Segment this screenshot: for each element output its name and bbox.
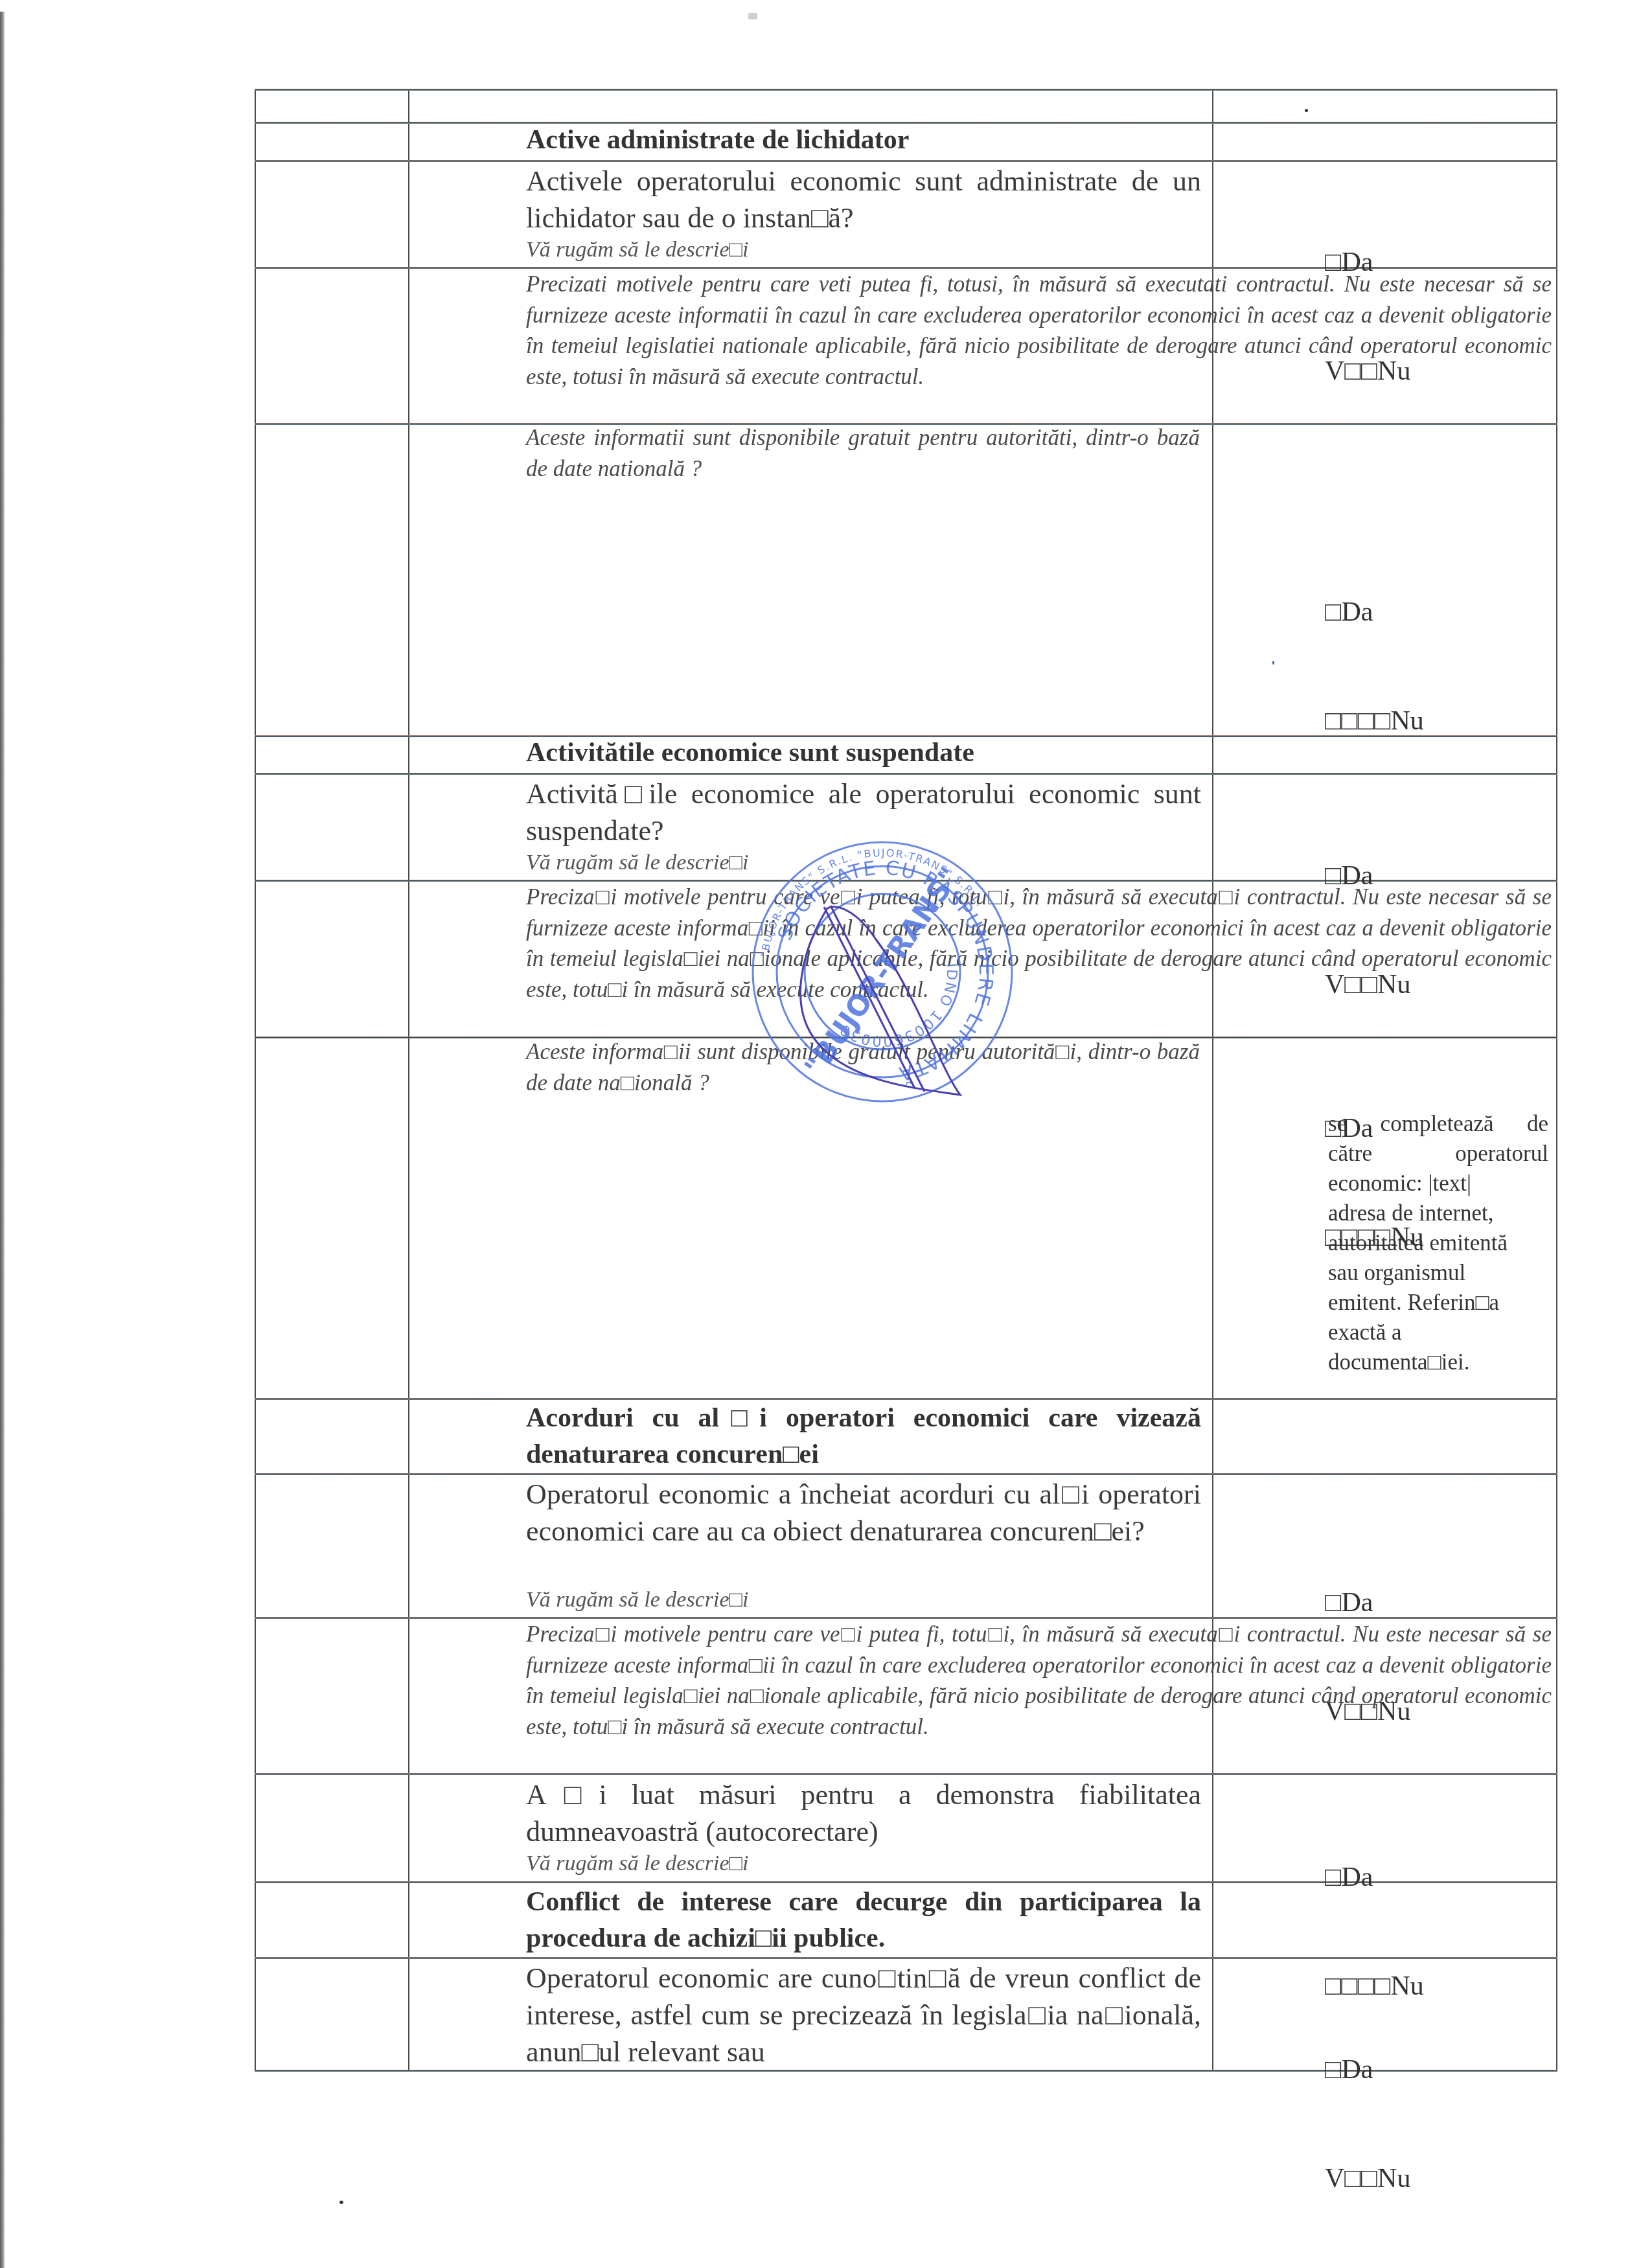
db-question-lichidator: Aceste informatii sunt disponibile gratu… <box>526 422 1200 484</box>
option-da[interactable]: □Da <box>1325 594 1424 630</box>
section-heading-suspendate: Activitătile economice sunt suspendate <box>526 735 1200 771</box>
checkbox-da-icon: □ <box>1325 1862 1341 1892</box>
option-da-label: Da <box>1341 1588 1373 1618</box>
source-line: exactă a <box>1328 1318 1548 1347</box>
option-nu-label: Nu <box>1377 2164 1410 2194</box>
hint-acorduri: Vă rugăm să le descrie□i <box>526 1586 1200 1614</box>
option-da-label: Da <box>1341 597 1373 627</box>
section-heading-lichidator: Active administrate de lichidator <box>526 122 1200 158</box>
section-heading-conflict: Conflict de interese care decurge din pa… <box>526 1884 1201 1956</box>
option-da[interactable]: □Da <box>1325 1585 1410 1621</box>
scan-speck <box>748 13 757 19</box>
option-nu-label: Nu <box>1390 706 1423 736</box>
scan-edge-shadow <box>0 12 5 2268</box>
source-instructions: se completează de către operatorul econo… <box>1328 1109 1548 1377</box>
source-line: adresa de internet, <box>1328 1198 1548 1228</box>
source-line: documenta□iei. <box>1328 1347 1548 1377</box>
source-text-field[interactable]: economic: |text| <box>1328 1171 1471 1196</box>
checkbox-da-icon: □ <box>1325 1588 1341 1618</box>
db-question-suspendate: Aceste informa□ii sunt disponibile gratu… <box>526 1037 1200 1098</box>
hint-autocorectare: Vă rugăm să le descrie□i <box>526 1850 1200 1878</box>
source-line: către operatorul <box>1328 1139 1548 1169</box>
question-lichidator: Activele operatorului economic sunt admi… <box>526 163 1201 236</box>
note-suspendate: Preciza□i motivele pentru care ve□i pute… <box>526 882 1552 1005</box>
section-heading-acorduri: Acorduri cu al□i operatori economici car… <box>526 1400 1201 1472</box>
hint-lichidator: Vă rugăm să le descrie□i <box>526 236 1200 264</box>
option-da-label: Da <box>1341 2055 1373 2085</box>
table-row-border <box>255 89 1557 91</box>
checkbox-da-icon: □ <box>1325 597 1341 627</box>
source-line: autoritatea emitentă <box>1328 1228 1548 1258</box>
question-autocorectare: A□i luat măsuri pentru a demonstra fiabi… <box>526 1776 1201 1850</box>
scan-speck <box>339 2201 343 2204</box>
hint-suspendate: Vă rugăm să le descrie□i <box>526 849 1200 877</box>
checkbox-nu-icon: □□□□ <box>1325 706 1390 736</box>
option-da[interactable]: □Da <box>1325 1859 1424 1896</box>
table-row-border <box>255 1773 1557 1775</box>
source-line: sau organismul <box>1328 1258 1548 1288</box>
option-da[interactable]: □Da <box>1325 2052 1410 2088</box>
question-conflict: Operatorul economic are cuno□tin□ă de vr… <box>526 1960 1201 2070</box>
table-row-border <box>255 1473 1557 1475</box>
source-line: economic: |text| <box>1328 1169 1548 1198</box>
checkbox-nu-checked-icon: V□□ <box>1325 2164 1377 2194</box>
table-row-border <box>255 160 1557 162</box>
question-suspendate: Activită□ile economice ale operatorului … <box>526 775 1201 849</box>
checkbox-da-icon: □ <box>1325 2055 1341 2085</box>
note-acorduri: Preciza□i motivele pentru care ve□i pute… <box>526 1619 1552 1742</box>
source-line: se completează de <box>1328 1109 1548 1139</box>
option-nu[interactable]: V□□Nu <box>1325 2160 1410 2197</box>
source-line: emitent. Referin□a <box>1328 1288 1548 1318</box>
option-group-db-lichidator: □Da □□□□Nu <box>1325 521 1424 775</box>
question-acorduri: Operatorul economic a încheiat acorduri … <box>526 1476 1201 1550</box>
option-da-label: Da <box>1341 1862 1373 1892</box>
note-lichidator: Precizati motivele pentru care veti pute… <box>526 269 1552 392</box>
option-nu[interactable]: □□□□Nu <box>1325 703 1424 739</box>
option-group-conflict: □Da V□□Nu <box>1325 1979 1410 2233</box>
